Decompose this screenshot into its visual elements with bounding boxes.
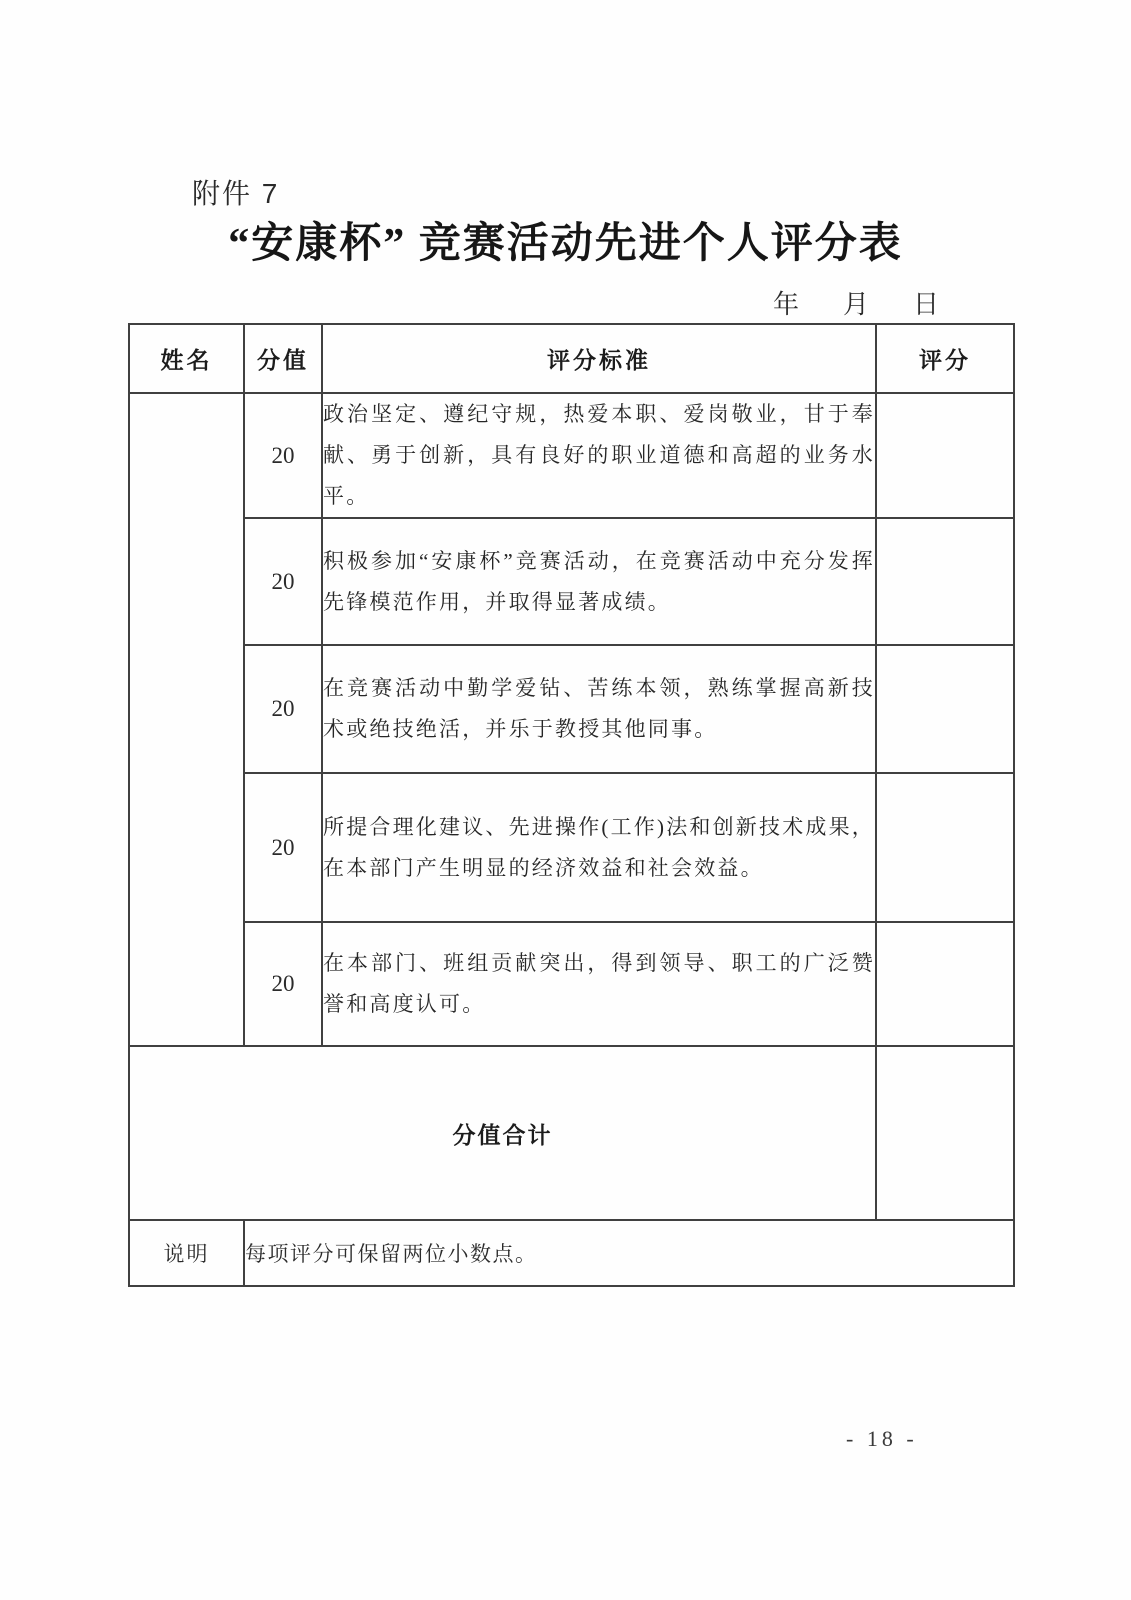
page-title: “安康杯” 竞赛活动先进个人评分表 [0, 210, 1131, 270]
table-row: 20 所提合理化建议、先进操作(工作)法和创新技术成果，在本部门产生明显的经济效… [129, 773, 1014, 922]
document-page: 附件 7 “安康杯” 竞赛活动先进个人评分表 年 月 日 姓名 分值 评分标准 … [0, 0, 1131, 1600]
date-month-label: 月 [843, 284, 869, 321]
total-label-cell: 分值合计 [129, 1046, 876, 1220]
table-row: 20 政治坚定、遵纪守规，热爱本职、爱岗敬业，甘于奉献、勇于创新，具有良好的职业… [129, 393, 1014, 518]
points-cell: 20 [244, 922, 322, 1046]
criteria-cell: 在竞赛活动中勤学爱钻、苦练本领，熟练掌握高新技术或绝技绝活，并乐于教授其他同事。 [322, 645, 876, 773]
table-row: 20 积极参加“安康杯”竞赛活动，在竞赛活动中充分发挥先锋模范作用，并取得显著成… [129, 518, 1014, 645]
points-cell: 20 [244, 393, 322, 518]
criteria-cell: 积极参加“安康杯”竞赛活动，在竞赛活动中充分发挥先锋模范作用，并取得显著成绩。 [322, 518, 876, 645]
score-cell [876, 645, 1014, 773]
name-cell [129, 393, 244, 1046]
score-cell [876, 518, 1014, 645]
total-row: 分值合计 [129, 1046, 1014, 1220]
date-line: 年 月 日 [773, 284, 939, 321]
attachment-label: 附件 7 [192, 172, 279, 212]
header-score: 评分 [876, 324, 1014, 393]
table-row: 20 在竞赛活动中勤学爱钻、苦练本领，熟练掌握高新技术或绝技绝活，并乐于教授其他… [129, 645, 1014, 773]
header-points: 分值 [244, 324, 322, 393]
header-criteria: 评分标准 [322, 324, 876, 393]
score-table: 姓名 分值 评分标准 评分 20 政治坚定、遵纪守规，热爱本职、爱岗敬业，甘于奉… [128, 323, 1015, 1287]
score-cell [876, 773, 1014, 922]
note-label-cell: 说明 [129, 1220, 244, 1286]
points-cell: 20 [244, 518, 322, 645]
page-number: - 18 - [846, 1426, 918, 1452]
score-cell [876, 922, 1014, 1046]
table-row: 20 在本部门、班组贡献突出，得到领导、职工的广泛赞誉和高度认可。 [129, 922, 1014, 1046]
criteria-cell: 在本部门、班组贡献突出，得到领导、职工的广泛赞誉和高度认可。 [322, 922, 876, 1046]
date-day-label: 日 [913, 284, 939, 321]
score-cell [876, 393, 1014, 518]
criteria-cell: 所提合理化建议、先进操作(工作)法和创新技术成果，在本部门产生明显的经济效益和社… [322, 773, 876, 922]
header-name: 姓名 [129, 324, 244, 393]
date-year-label: 年 [773, 284, 799, 321]
criteria-cell: 政治坚定、遵纪守规，热爱本职、爱岗敬业，甘于奉献、勇于创新，具有良好的职业道德和… [322, 393, 876, 518]
points-cell: 20 [244, 773, 322, 922]
note-row: 说明 每项评分可保留两位小数点。 [129, 1220, 1014, 1286]
note-text-cell: 每项评分可保留两位小数点。 [244, 1220, 1014, 1286]
total-score-cell [876, 1046, 1014, 1220]
table-header-row: 姓名 分值 评分标准 评分 [129, 324, 1014, 393]
points-cell: 20 [244, 645, 322, 773]
